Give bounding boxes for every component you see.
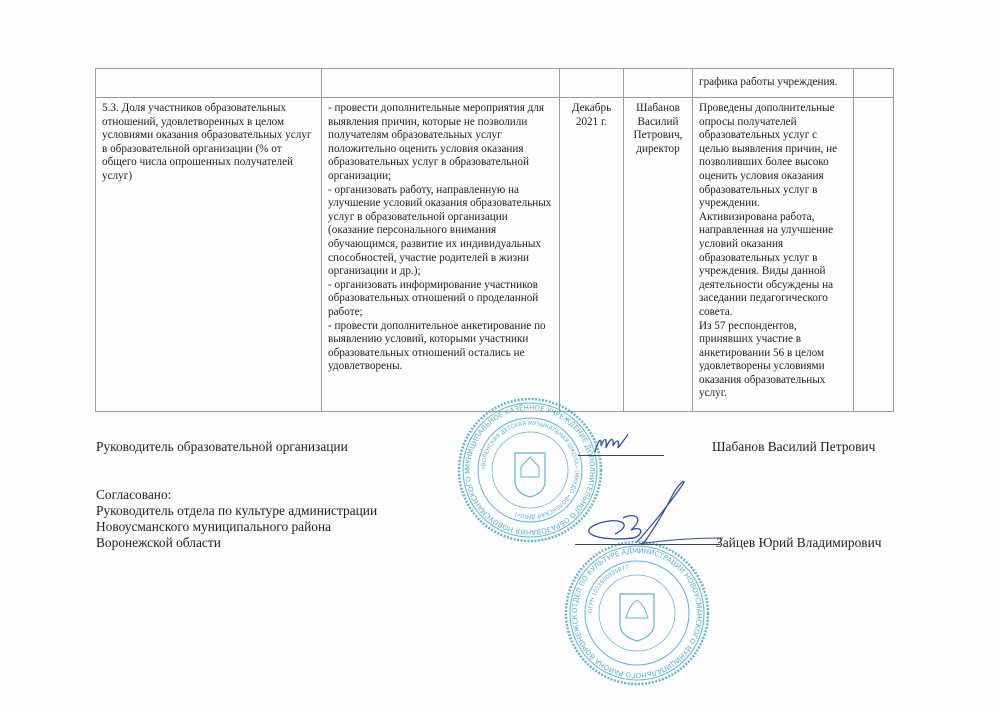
cell-responsible (624, 69, 693, 98)
table-row-previous: графика работы учреждения. (96, 69, 894, 98)
cell-responsible: Шабанов Василий Петрович, директор (624, 98, 693, 412)
approved-label: Согласовано: (96, 487, 171, 503)
cell-deadline: Декабрь 2021 г. (560, 98, 624, 412)
cell-measures: - провести дополнительные мероприятия дл… (322, 98, 560, 412)
cell-deadline (560, 69, 624, 98)
cell-measures (322, 69, 560, 98)
approved-title-line-1: Руководитель отдела по культуре админист… (96, 503, 377, 519)
cell-result: Проведены дополнительные опросы получате… (693, 98, 854, 412)
head-name: Шабанов Василий Петрович (712, 439, 875, 455)
cell-actual-date (854, 69, 894, 98)
head-title: Руководитель образовательной организации (96, 439, 348, 455)
svg-text:«ВОЛЕНСКАЯ ДЕТСКАЯ МУЗЫКАЛЬНАЯ: «ВОЛЕНСКАЯ ДЕТСКАЯ МУЗЫКАЛЬНАЯ ШКОЛА» (М… (481, 421, 579, 519)
head-signature-icon (592, 432, 632, 456)
cell-indicator (96, 69, 322, 98)
table-row: 5.3. Доля участников образовательных отн… (96, 98, 894, 412)
cell-actual-date (854, 98, 894, 412)
approved-title-line-2: Новоусманского муниципального района (96, 519, 331, 535)
action-plan-table: графика работы учреждения. 5.3. Доля уча… (95, 68, 894, 412)
department-stamp-icon: ОТДЕЛ ПО КУЛЬТУРЕ АДМИНИСТРАЦИИ НОВОУСМА… (562, 538, 712, 688)
approved-name: Зайцев Юрий Владимирович (716, 535, 882, 551)
approved-signature-icon (575, 478, 725, 550)
cell-result: графика работы учреждения. (693, 69, 854, 98)
cell-indicator: 5.3. Доля участников образовательных отн… (96, 98, 322, 412)
approved-title-line-3: Воронежской области (96, 535, 221, 551)
